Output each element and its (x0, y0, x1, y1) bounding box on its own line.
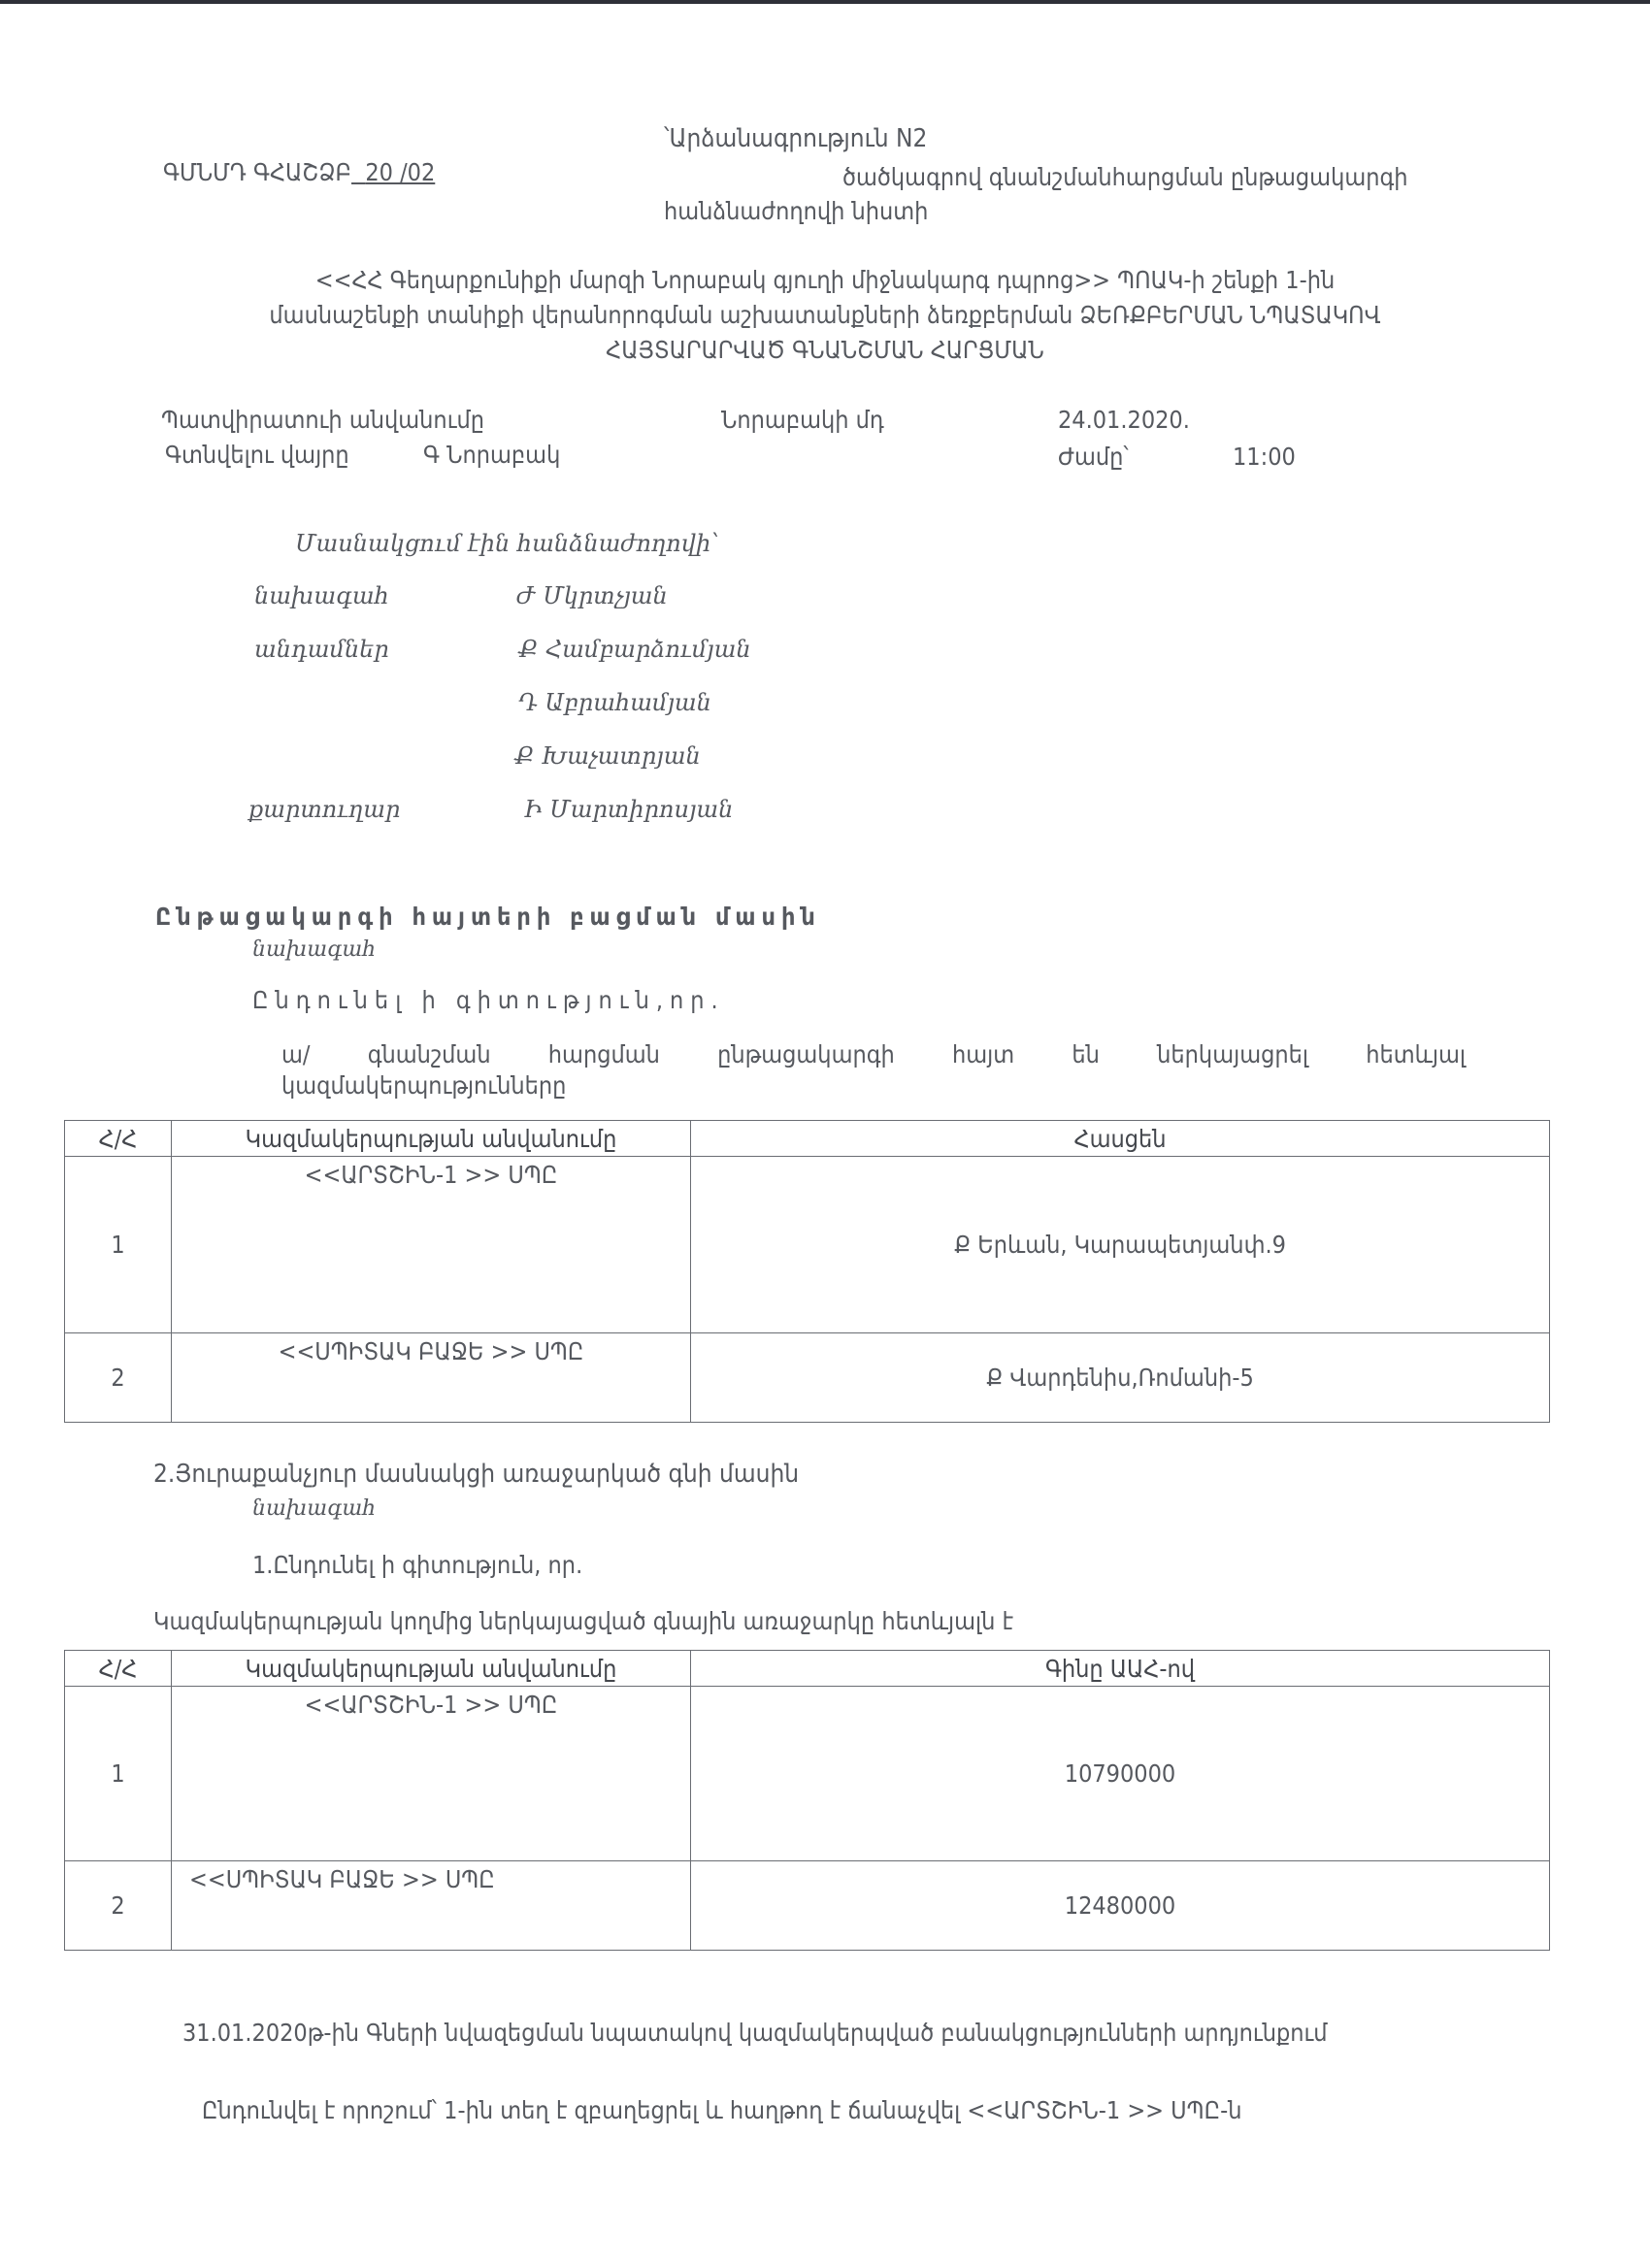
col-header-price: Գինը ԱԱՀ-ով (691, 1651, 1550, 1687)
location-label: Գտնվելու վայրը (165, 441, 349, 469)
subtitle-line2: հանձնաժողովի նիստի (664, 197, 928, 225)
col-header-address: Հասցեն (691, 1121, 1550, 1157)
subtitle-line1: ծածկագրով գնանշմանհարցման ընթացակարգի (842, 163, 1408, 191)
code-prefix: ԳՄՆՄԴ ԳՀԱՇՁԲ (163, 158, 351, 186)
section1-decision: Ընդունել ի գիտություն,որ. (252, 986, 725, 1014)
subject-line3: ՀԱՅՏԱՐԱՐՎԱԾ ԳՆԱՆՇՄԱՆ ՀԱՐՑՄԱՆ (146, 336, 1504, 364)
col-header-org-name: Կազմակերպության անվանումը (172, 1651, 691, 1687)
table-header-row: Հ/Հ Կազմակերպության անվանումը Գինը ԱԱՀ-ո… (65, 1651, 1550, 1687)
org-address: Ք Երևան, Կարապետյանփ.9 (691, 1157, 1550, 1333)
committee-role: նախագահ (254, 582, 389, 609)
org-address: Ք Վարդենիս,Ռոմանի-5 (691, 1333, 1550, 1423)
customer-label: Պատվիրատուի անվանումը (161, 406, 484, 434)
annex-title: ՝Արձանագրություն N2 (664, 124, 927, 153)
subject-line1: <<ՀՀ Գեղարքունիքի մարզի Նորաբակ գյուղի մ… (146, 266, 1504, 294)
time-label: Ժամը՝ (1058, 443, 1129, 471)
prices-table: Հ/Հ Կազմակերպության անվանումը Գինը ԱԱՀ-ո… (64, 1650, 1550, 1951)
col-header-number: Հ/Հ (65, 1121, 172, 1157)
section1-text-line2: կազմակերպությունները (281, 1071, 566, 1100)
row-number: 1 (65, 1687, 172, 1861)
section1-title: Ընթացակարգի հայտերի բացման մասին (155, 903, 821, 931)
table-row: 1 <<ԱՐՏՇԻՆ-1 >> ՍՊԸ 10790000 (65, 1687, 1550, 1861)
org-name: <<ԱՐՏՇԻՆ-1 >> ՍՊԸ (172, 1687, 691, 1861)
row-number: 1 (65, 1157, 172, 1333)
location-value: Գ Նորաբակ (423, 441, 560, 469)
procurement-code: ԳՄՆՄԴ ԳՀԱՇՁԲ 20 /02 (163, 158, 435, 186)
table-header-row: Հ/Հ Կազմակերպության անվանումը Հասցեն (65, 1121, 1550, 1157)
section1-speaker: նախագահ (252, 937, 376, 962)
meeting-date: 24.01.2020. (1058, 406, 1190, 434)
customer-value: Նորաբակի մդ (721, 406, 884, 434)
committee-member-name: Դ Աբրահամյան (518, 689, 711, 716)
section1-text-line1: ա/ գնանշման հարցման ընթացակարգի հայտ են … (281, 1040, 1466, 1068)
table-row: 1 <<ԱՐՏՇԻՆ-1 >> ՍՊԸ Ք Երևան, Կարապետյանփ… (65, 1157, 1550, 1333)
row-number: 2 (65, 1333, 172, 1423)
org-name: <<ԱՐՏՇԻՆ-1 >> ՍՊԸ (172, 1157, 691, 1333)
bidders-table: Հ/Հ Կազմակերպության անվանումը Հասցեն 1 <… (64, 1120, 1550, 1423)
org-name: <<ՍՊԻՏԱԿ ԲԱՋԵ >> ՍՊԸ (172, 1861, 691, 1951)
row-number: 2 (65, 1861, 172, 1951)
org-name: <<ՍՊԻՏԱԿ ԲԱՋԵ >> ՍՊԸ (172, 1333, 691, 1423)
org-price: 12480000 (691, 1861, 1550, 1951)
time-value: 11:00 (1233, 443, 1296, 471)
committee-member-name: Ք Խաչատրյան (514, 742, 701, 770)
section2-speaker: նախագահ (252, 1496, 376, 1521)
col-header-org-name: Կազմակերպության անվանումը (172, 1121, 691, 1157)
col-header-number: Հ/Հ (65, 1651, 172, 1687)
conclusion-line2: Ընդունվել է որոշում՝ 1-ին տեղ է զբաղեցրե… (202, 2096, 1241, 2124)
committee-member-name: Ժ Մկրտչյան (516, 582, 668, 609)
committee-role: քարտուղար (248, 796, 400, 823)
section2-intro: Կազմակերպության կողմից ներկայացված գնայի… (153, 1607, 1013, 1635)
org-price: 10790000 (691, 1687, 1550, 1861)
committee-role: անդամներ (254, 636, 389, 663)
committee-intro: Մասնակցում էին հանձնաժողովի՝ (295, 530, 719, 557)
conclusion-line1: 31.01.2020թ-ին Գների նվազեցման նպատակով … (182, 2019, 1328, 2047)
table-row: 2 <<ՍՊԻՏԱԿ ԲԱՋԵ >> ՍՊԸ Ք Վարդենիս,Ռոմանի… (65, 1333, 1550, 1423)
table-row: 2 <<ՍՊԻՏԱԿ ԲԱՋԵ >> ՍՊԸ 12480000 (65, 1861, 1550, 1951)
section2-decision: 1.Ընդունել ի գիտություն, որ. (252, 1551, 582, 1579)
committee-member-name: Ք Համբարձումյան (518, 636, 751, 663)
committee-member-name: Ի Մարտիրոսյան (524, 796, 733, 823)
scan-edge (0, 0, 1650, 4)
section2-title: 2.Յուրաքանչյուր մասնակցի առաջարկած գնի մ… (153, 1460, 799, 1489)
code-number: 20 /02 (351, 158, 435, 186)
subject-line2: մասնաշենքի տանիքի վերանորոգման աշխատանքն… (146, 301, 1504, 329)
